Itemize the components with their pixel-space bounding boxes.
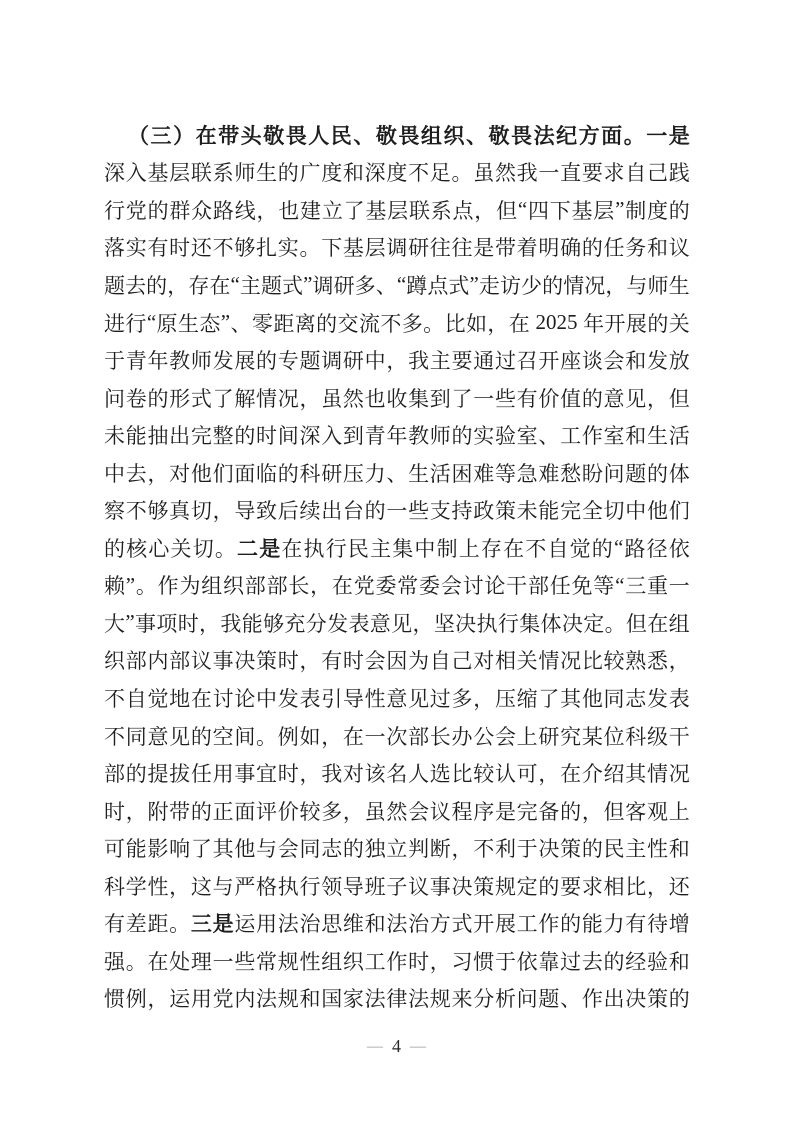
text-line: 进行“原生态”、零距离的交流不多。比如，在 2025 年开展的关: [104, 304, 690, 342]
text-line: 题去的，存在“主题式”调研多、“蹲点式”走访少的情况，与师生: [104, 266, 690, 304]
text-line: 惯例，运用党内法规和国家法律法规来分析问题、作出决策的: [104, 980, 690, 1018]
text-line: 问卷的形式了解情况，虽然也收集到了一些有价值的意见，但: [104, 379, 690, 417]
text-line: 落实有时还不够扎实。下基层调研往往是带着明确的任务和议: [104, 229, 690, 267]
text-line: 科学性，这与严格执行领导班子议事决策规定的要求相比，还: [104, 867, 690, 905]
text-line: 行党的群众路线，也建立了基层联系点，但“四下基层”制度的: [104, 191, 690, 229]
text-line: 不自觉地在讨论中发表引导性意见过多，压缩了其他同志发表: [104, 679, 690, 717]
text-line: 大”事项时，我能够充分发表意见，坚决执行集体决定。但在组: [104, 604, 690, 642]
page-number: 4: [392, 1036, 401, 1057]
text-line: 于青年教师发展的专题调研中，我主要通过召开座谈会和发放: [104, 341, 690, 379]
page-footer: — 4 —: [0, 1036, 793, 1057]
text-line: 中去，对他们面临的科研压力、生活困难等急难愁盼问题的体: [104, 454, 690, 492]
document-text: （三）在带头敬畏人民、敬畏组织、敬畏法纪方面。一是深入基层联系师生的广度和深度不…: [104, 116, 690, 1017]
text-line: 有差距。三是运用法治思维和法治方式开展工作的能力有待增: [104, 904, 690, 942]
document-page: （三）在带头敬畏人民、敬畏组织、敬畏法纪方面。一是深入基层联系师生的广度和深度不…: [0, 0, 793, 1122]
text-line: （三）在带头敬畏人民、敬畏组织、敬畏法纪方面。一是: [104, 116, 690, 154]
text-line: 不同意见的空间。例如，在一次部长办公会上研究某位科级干: [104, 717, 690, 755]
text-line: 强。在处理一些常规性组织工作时，习惯于依靠过去的经验和: [104, 942, 690, 980]
text-line: 察不够真切，导致后续出台的一些支持政策未能完全切中他们: [104, 491, 690, 529]
footer-dash-left: —: [367, 1038, 383, 1056]
text-line: 的核心关切。二是在执行民主集中制上存在不自觉的“路径依: [104, 529, 690, 567]
text-line: 时，附带的正面评价较多，虽然会议程序是完备的，但客观上: [104, 792, 690, 830]
text-line: 赖”。作为组织部部长，在党委常委会讨论干部任免等“三重一: [104, 567, 690, 605]
footer-dash-right: —: [410, 1038, 426, 1056]
text-line: 未能抽出完整的时间深入到青年教师的实验室、工作室和生活: [104, 416, 690, 454]
text-line: 部的提拔任用事宜时，我对该名人选比较认可，在介绍其情况: [104, 754, 690, 792]
text-line: 可能影响了其他与会同志的独立判断，不利于决策的民主性和: [104, 829, 690, 867]
text-line: 深入基层联系师生的广度和深度不足。虽然我一直要求自己践: [104, 154, 690, 192]
text-line: 织部内部议事决策时，有时会因为自己对相关情况比较熟悉，: [104, 642, 690, 680]
